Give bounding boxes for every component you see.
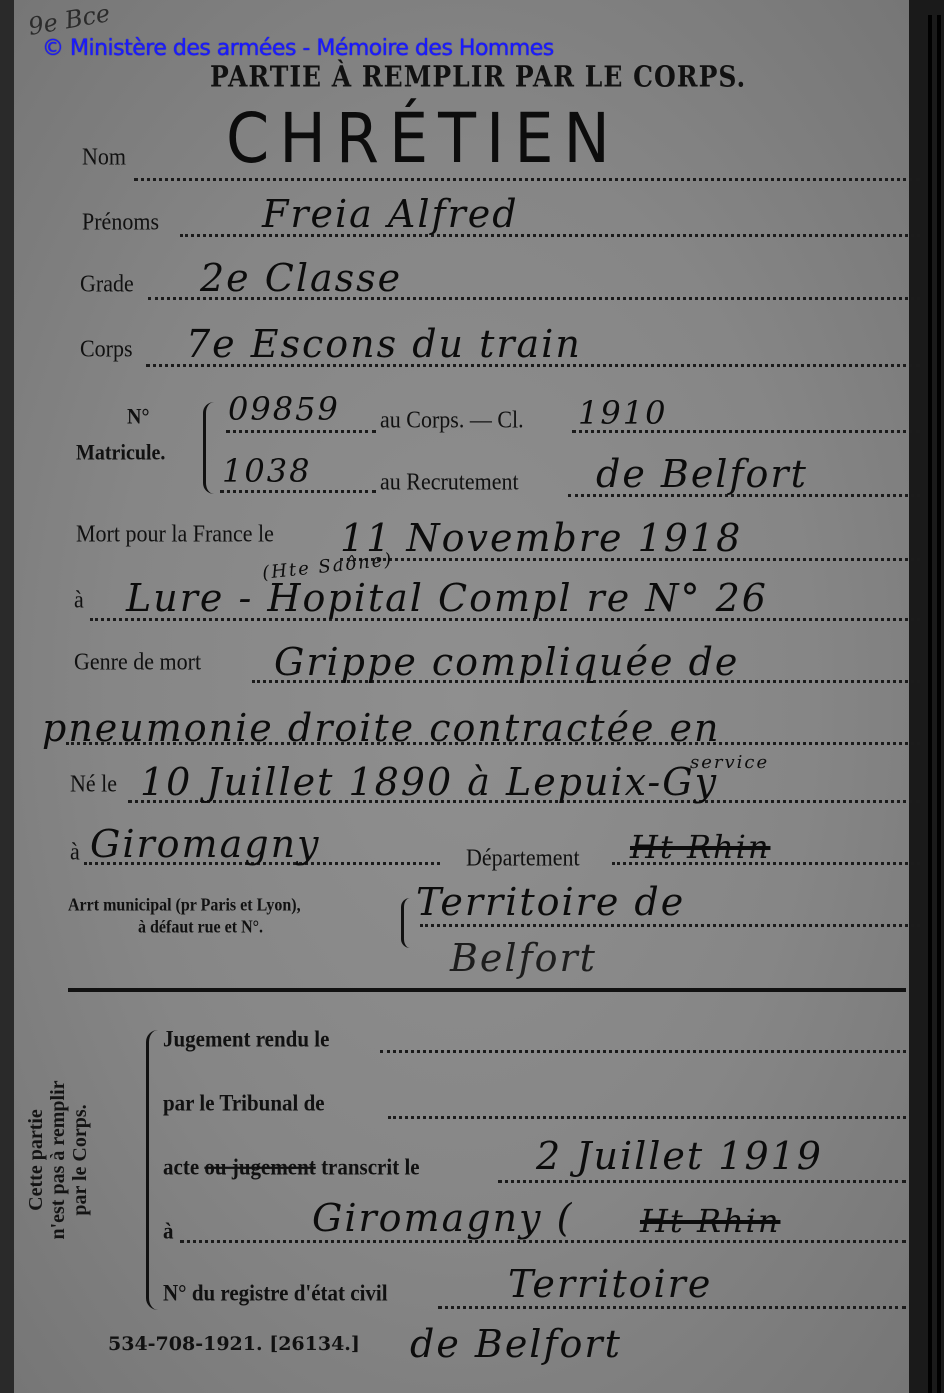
- grade-value: 2e Classe: [200, 256, 402, 300]
- au-corps-label: au Corps. — Cl.: [380, 405, 524, 434]
- classe-value: 1910: [578, 394, 667, 432]
- registre-label: N° du registre d'état civil: [163, 1280, 388, 1308]
- acte-value: 2 Juillet 1919: [536, 1134, 823, 1178]
- acte-line: [498, 1180, 906, 1183]
- arr-label-line1: Arrt municipal (pr Paris et Lyon),: [68, 896, 301, 916]
- acte-label-suffix: transcrit le: [321, 1154, 420, 1180]
- print-code: 534-708-1921. [26134.]: [108, 1333, 360, 1355]
- genre-mort-label: Genre de mort: [74, 647, 201, 676]
- registre-value-line2: de Belfort: [410, 1322, 622, 1366]
- arr-value-line1: Territoire de: [416, 880, 685, 924]
- matricule-recrutement-line: [220, 490, 376, 493]
- corps-label: Corps: [80, 334, 133, 363]
- side-note-line1: Cette partie: [25, 1040, 47, 1280]
- acte-lieu-value-struck: Ht Rhin: [640, 1202, 780, 1240]
- copyright-watermark: © Ministère des armées - Mémoire des Hom…: [42, 36, 554, 61]
- arr-brace: [401, 898, 410, 948]
- section-divider: [68, 988, 906, 992]
- side-note-line3: par le Corps.: [69, 1040, 91, 1280]
- matricule-label: Matricule.: [76, 441, 165, 466]
- naissance-lieu-label: à: [70, 837, 80, 866]
- registre-line: [438, 1306, 906, 1309]
- prenoms-value: Freia Alfred: [262, 192, 519, 236]
- acte-lieu-value: Giromagny (: [312, 1196, 573, 1240]
- acte-label: acte ou jugement transcrit le: [163, 1154, 420, 1182]
- matricule-no-label: N°: [127, 405, 149, 430]
- arr-line: [420, 924, 920, 927]
- naissance-value: 10 Juillet 1890 à Lepuix-Gy: [140, 760, 718, 804]
- grade-label: Grade: [80, 269, 134, 298]
- corps-value: 7e Escons du train: [186, 322, 582, 366]
- matricule-corps-line: [226, 430, 376, 433]
- jugement-brace: [146, 1030, 159, 1310]
- au-recrutement-label: au Recrutement: [380, 467, 519, 496]
- matricule-brace: [203, 402, 214, 494]
- genre-mort-value-line1: Grippe compliquée de: [274, 640, 739, 684]
- jugement-rendu-line: [380, 1050, 906, 1053]
- registre-value-line1: Territoire: [508, 1262, 712, 1306]
- mort-lieu-label: à: [74, 585, 84, 614]
- acte-lieu-label: à: [163, 1218, 174, 1246]
- scan-border-left: [0, 0, 14, 1393]
- acte-lieu-line: [180, 1240, 906, 1243]
- departement-label: Département: [466, 843, 580, 872]
- section-title: PARTIE À REMPLIR PAR LE CORPS.: [210, 60, 746, 93]
- mort-date-value: 11 Novembre 1918: [340, 516, 742, 560]
- tribunal-label: par le Tribunal de: [163, 1090, 325, 1118]
- acte-label-struck: ou jugement: [204, 1154, 315, 1180]
- arr-label-line2: à défaut rue et N°.: [138, 918, 263, 938]
- naissance-lieu-value: Giromagny: [90, 822, 321, 866]
- acte-label-prefix: acte: [163, 1154, 199, 1180]
- side-note-line2: n'est pas à remplir: [47, 1040, 69, 1280]
- departement-value-struck: Ht Rhin: [630, 828, 770, 866]
- border-line: [928, 15, 932, 1393]
- mort-label: Mort pour la France le: [76, 519, 274, 548]
- nom-value: CHRÉTIEN: [226, 98, 620, 178]
- arr-value-line2: Belfort: [450, 936, 597, 980]
- matricule-corps-number: 09859: [228, 390, 340, 428]
- matricule-recrutement-number: 1038: [222, 452, 311, 490]
- recrutement-value: de Belfort: [596, 452, 808, 496]
- tribunal-line: [388, 1116, 906, 1119]
- nom-label: Nom: [82, 142, 126, 171]
- border-line: [937, 15, 941, 1393]
- side-note: Cette partie n'est pas à remplir par le …: [25, 1040, 91, 1280]
- jugement-rendu-label: Jugement rendu le: [163, 1026, 329, 1054]
- naissance-label: Né le: [70, 769, 117, 798]
- genre-mort-value-line2: pneumonie droite contractée en: [42, 706, 721, 750]
- prenoms-label: Prénoms: [82, 207, 159, 236]
- mort-lieu-value: Lure - Hopital Compl re N° 26: [126, 576, 768, 620]
